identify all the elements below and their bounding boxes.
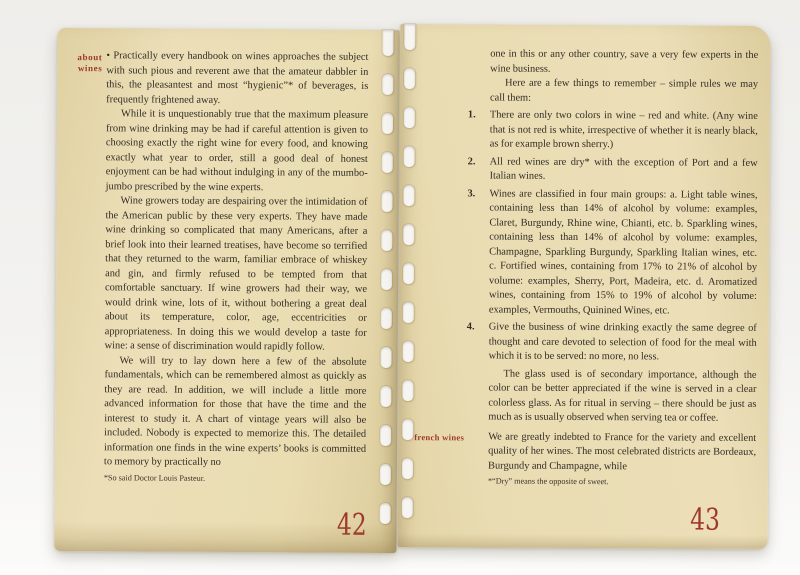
binding-hole [403, 263, 414, 284]
paragraph: We are greatly indebted to France for th… [488, 430, 756, 475]
page-left: about wines • Practically every handbook… [54, 28, 399, 553]
section-label-line: wines [65, 63, 102, 74]
binding-hole [382, 152, 393, 173]
page-number-43: 43 [690, 506, 720, 536]
binding-hole [403, 224, 414, 245]
binding-hole [380, 386, 391, 407]
binding-hole [402, 419, 413, 440]
binding-holes-right [402, 24, 416, 518]
binding-hole [404, 68, 415, 89]
binding-hole [380, 464, 391, 485]
rule-number: 2. [468, 155, 490, 184]
rule-text: All red wines are dry* with the exceptio… [490, 155, 758, 185]
rule-item: 3. Wines are classified in four main gro… [467, 187, 758, 319]
binding-hole [381, 269, 392, 290]
binding-hole [382, 74, 393, 95]
section-label-line: about [65, 52, 102, 63]
paragraph: one in this or any other country, save a… [490, 48, 758, 78]
paragraph: While it is unquestionably true that the… [106, 107, 369, 196]
french-wines-section: french wines We are greatly indebted to … [488, 430, 756, 475]
rule-text: Give the business of wine drinking exact… [489, 321, 757, 366]
left-page-text-column: • Practically every handbook on wines ap… [104, 49, 369, 484]
rule-item: 1. There are only two colors in wine – r… [468, 108, 758, 153]
paragraph: Here are a few things to remember – simp… [490, 77, 758, 107]
binding-hole [404, 146, 415, 167]
binding-hole [382, 113, 393, 134]
page-number-42: 42 [337, 511, 367, 541]
book-scan: about wines • Practically every handbook… [0, 0, 800, 575]
right-page-text-column: one in this or any other country, save a… [488, 48, 758, 488]
binding-hole [380, 503, 391, 524]
binding-hole [381, 347, 392, 368]
section-label-about-wines: about wines [65, 52, 102, 74]
page-right: one in this or any other country, save a… [398, 24, 771, 549]
paragraph: The glass used is of secondary importanc… [488, 367, 756, 426]
paragraph: Wine growers today are despairing over t… [105, 194, 368, 355]
binding-hole [380, 425, 391, 446]
binding-hole [402, 458, 413, 479]
rule-number: 1. [468, 108, 490, 152]
footnote: *So said Doctor Louis Pasteur. [104, 473, 366, 485]
paragraph: We will try to lay down here a few of th… [104, 354, 367, 472]
footnote: *“Dry” means the opposite of sweet. [488, 476, 756, 487]
binding-hole [403, 302, 414, 323]
binding-hole [381, 191, 392, 212]
binding-hole [404, 107, 415, 128]
binding-hole [404, 24, 415, 50]
binding-hole [381, 230, 392, 251]
rule-item: 2. All red wines are dry* with the excep… [468, 155, 758, 186]
binding-hole [403, 185, 414, 206]
rule-text: There are only two colors in wine – red … [490, 109, 758, 154]
section-label-french-wines: french wines [414, 432, 472, 442]
rule-text: Wines are classified in four main groups… [489, 187, 758, 319]
rule-number: 4. [467, 320, 489, 364]
binding-holes-left [380, 30, 394, 524]
binding-hole [402, 380, 413, 401]
binding-hole [402, 497, 413, 518]
binding-hole [403, 341, 414, 362]
binding-hole [381, 308, 392, 329]
paragraph: • Practically every handbook on wines ap… [106, 49, 368, 109]
rule-item: 4. Give the business of wine drinking ex… [467, 320, 757, 365]
binding-hole [382, 30, 393, 56]
rule-number: 3. [467, 187, 490, 318]
